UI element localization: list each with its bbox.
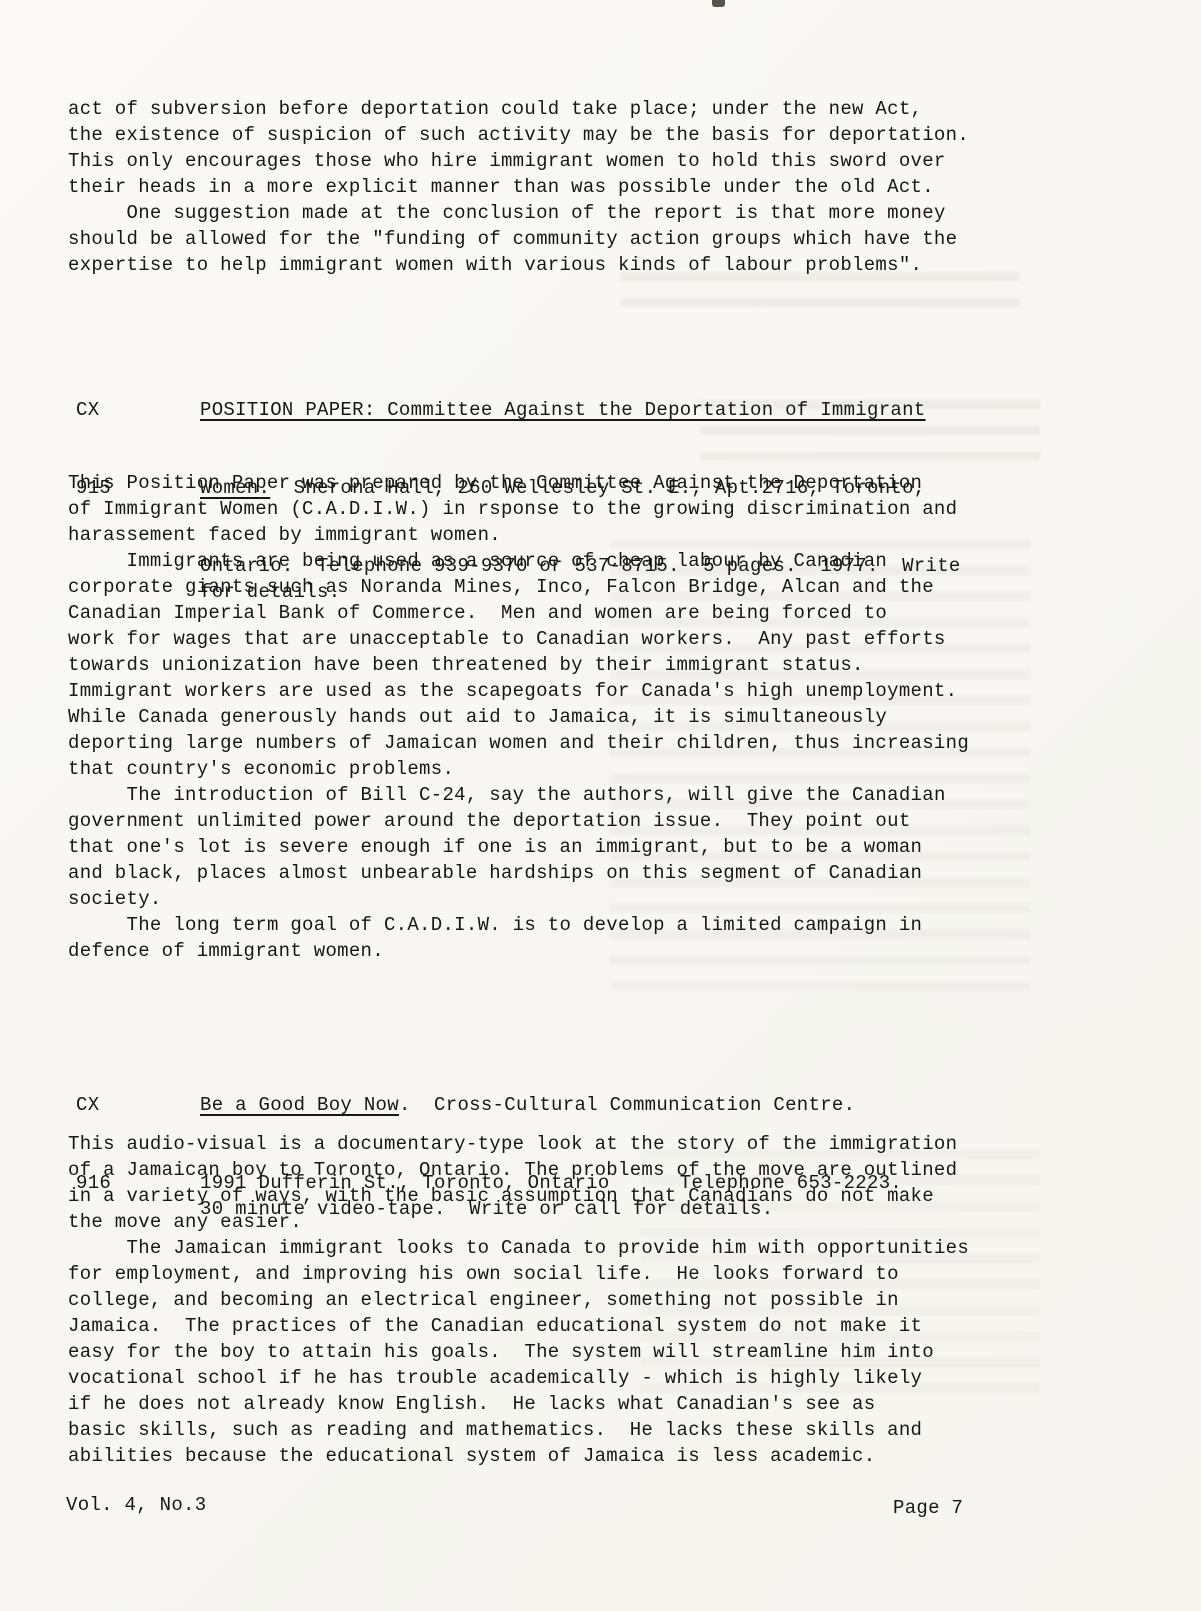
- entry-915-code: CX: [76, 397, 186, 423]
- intro-paragraphs: act of subversion before deportation cou…: [68, 96, 1088, 278]
- scan-artifact-speck: [712, 0, 725, 7]
- entry-916-title-underline: Be a Good Boy Now: [200, 1094, 399, 1116]
- entry-916-title-line1: Be a Good Boy Now. Cross-Cultural Commun…: [200, 1092, 1060, 1118]
- entry-916-code: CX: [76, 1092, 186, 1118]
- entry-916-title-rest: . Cross-Cultural Communication Centre.: [399, 1094, 855, 1116]
- entry-916-body: This audio-visual is a documentary-type …: [68, 1131, 1098, 1469]
- bleed-through-artifact: [620, 272, 1020, 324]
- entry-915-body: This Position Paper was prepared by the …: [68, 470, 1098, 964]
- entry-915-title-line1: POSITION PAPER: Committee Against the De…: [200, 397, 1060, 423]
- footer-page-number: Page 7: [893, 1495, 963, 1521]
- entry-915-title-underline1: POSITION PAPER: Committee Against the De…: [200, 399, 926, 421]
- footer-volume-label: Vol. 4, No.3: [66, 1492, 206, 1518]
- scanned-document-page: act of subversion before deportation cou…: [0, 0, 1201, 1611]
